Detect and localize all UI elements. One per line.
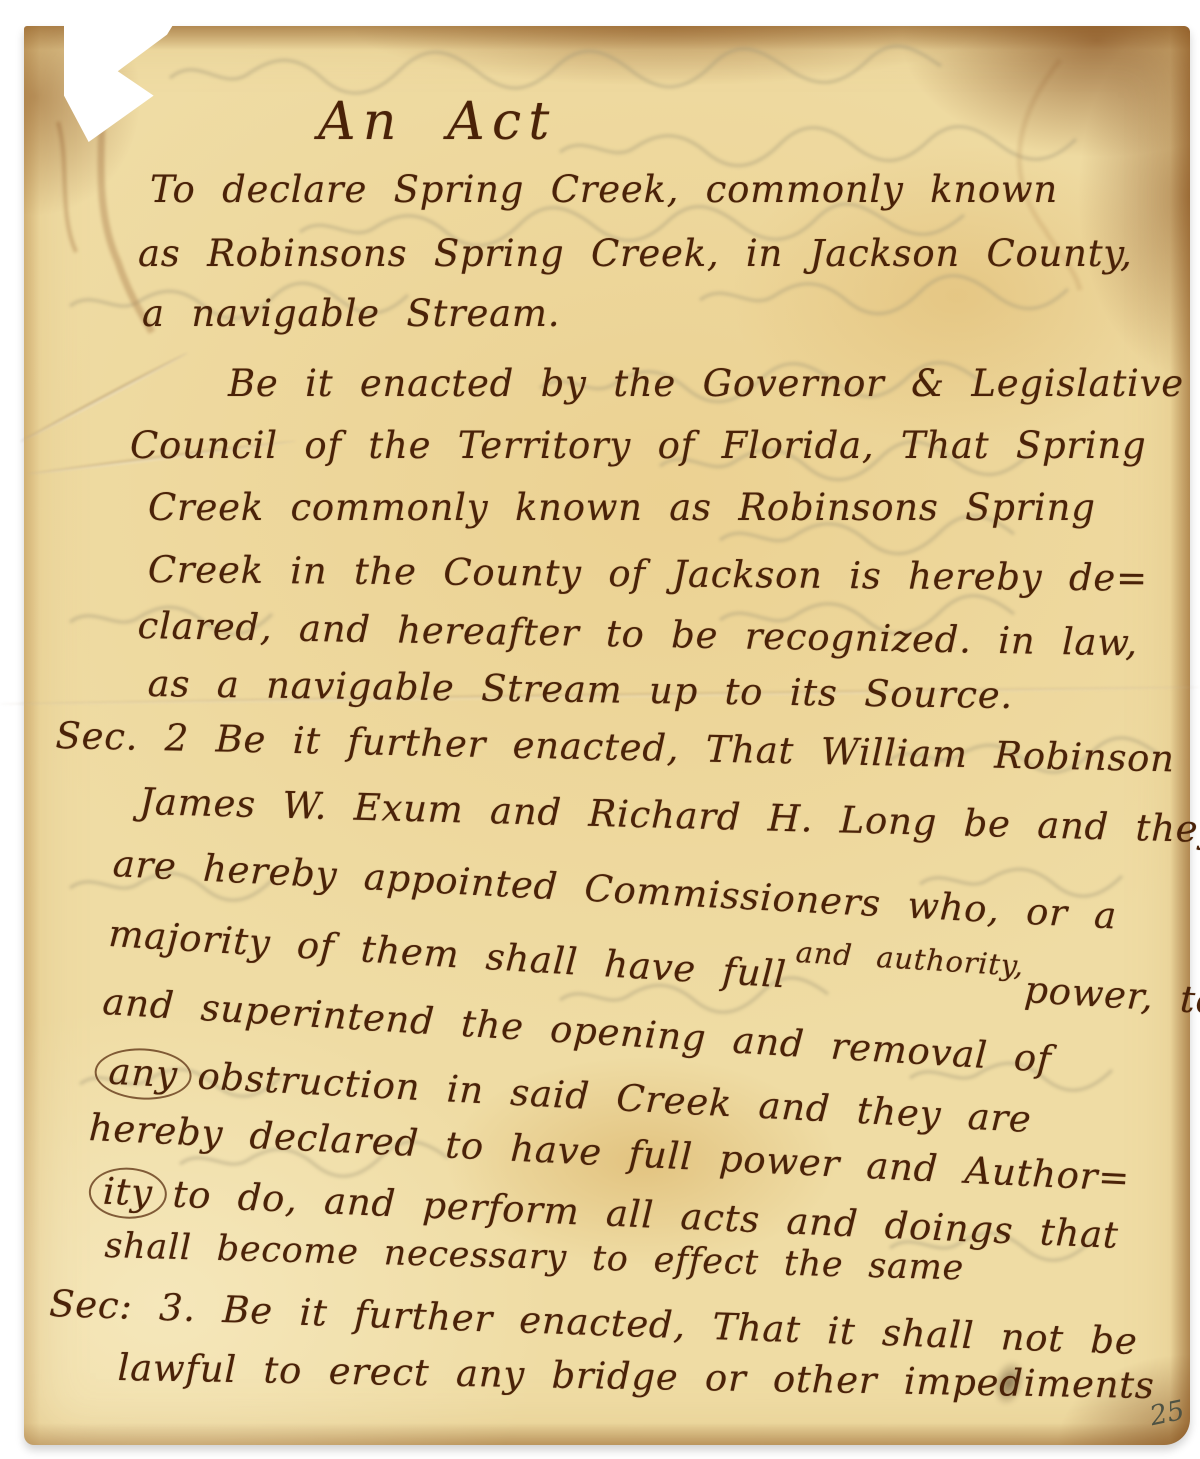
manuscript-line: Creek in the County of Jackson is hereby… [148,548,1148,600]
circled-word: ity [88,1166,168,1220]
manuscript-line: as Robinsons Spring Creek, in Jackson Co… [138,232,1133,275]
circled-word: any [93,1046,193,1102]
manuscript-line: Be it enacted by the Governor & Legislat… [228,362,1184,405]
act-title: An Act [318,92,557,152]
manuscript-line: Council of the Territory of Florida, Tha… [130,424,1146,467]
scan-background: An Act To declare Spring Creek, commonly… [0,0,1200,1459]
manuscript-line: To declare Spring Creek, commonly known [150,168,1058,211]
manuscript-line: a navigable Stream. [142,292,560,335]
manuscript-line: Creek commonly known as Robinsons Spring [148,486,1096,529]
